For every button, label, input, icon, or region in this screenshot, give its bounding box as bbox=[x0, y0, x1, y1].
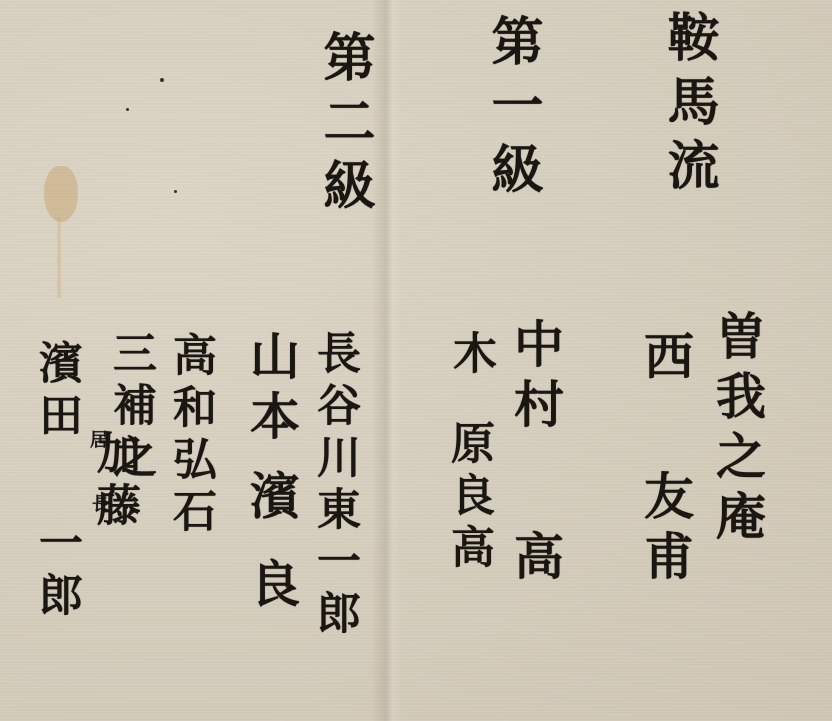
name-column: 長谷川東一郎 bbox=[312, 330, 356, 642]
name-column: 原良高 bbox=[446, 420, 490, 576]
name-column: 中村 bbox=[510, 318, 560, 438]
rank-heading-second: 第二級 bbox=[318, 30, 370, 222]
name-column: 高和弘石 bbox=[168, 332, 212, 540]
name-column: 高 bbox=[510, 530, 560, 590]
section-title: 鞍馬流 bbox=[662, 10, 714, 202]
name-column: 木 bbox=[448, 330, 492, 382]
name-column: 山本 bbox=[246, 330, 296, 450]
name-column: 濱田 bbox=[34, 340, 78, 444]
paper-fold-crease bbox=[372, 0, 402, 721]
manuscript-page: 鞍馬流 第一級 第二級 曽我之庵 西 友甫 中村 高 木 原良高 長谷川東一郎 … bbox=[0, 0, 832, 721]
ink-speck bbox=[126, 108, 129, 111]
name-column: 曽我之庵 bbox=[712, 310, 762, 550]
name-column: 友甫 bbox=[640, 470, 690, 590]
small-annotation: 居 bbox=[88, 430, 106, 450]
small-annotation: 長 bbox=[90, 494, 108, 514]
ink-speck bbox=[174, 190, 177, 193]
water-stain-drip bbox=[57, 218, 61, 298]
name-column: 一郎 bbox=[34, 520, 78, 624]
name-column: 西 bbox=[640, 330, 690, 390]
name-column: 濱 良 bbox=[246, 470, 296, 617]
water-stain bbox=[44, 166, 78, 222]
rank-heading-first: 第一級 bbox=[486, 14, 538, 206]
ink-speck bbox=[160, 78, 164, 82]
